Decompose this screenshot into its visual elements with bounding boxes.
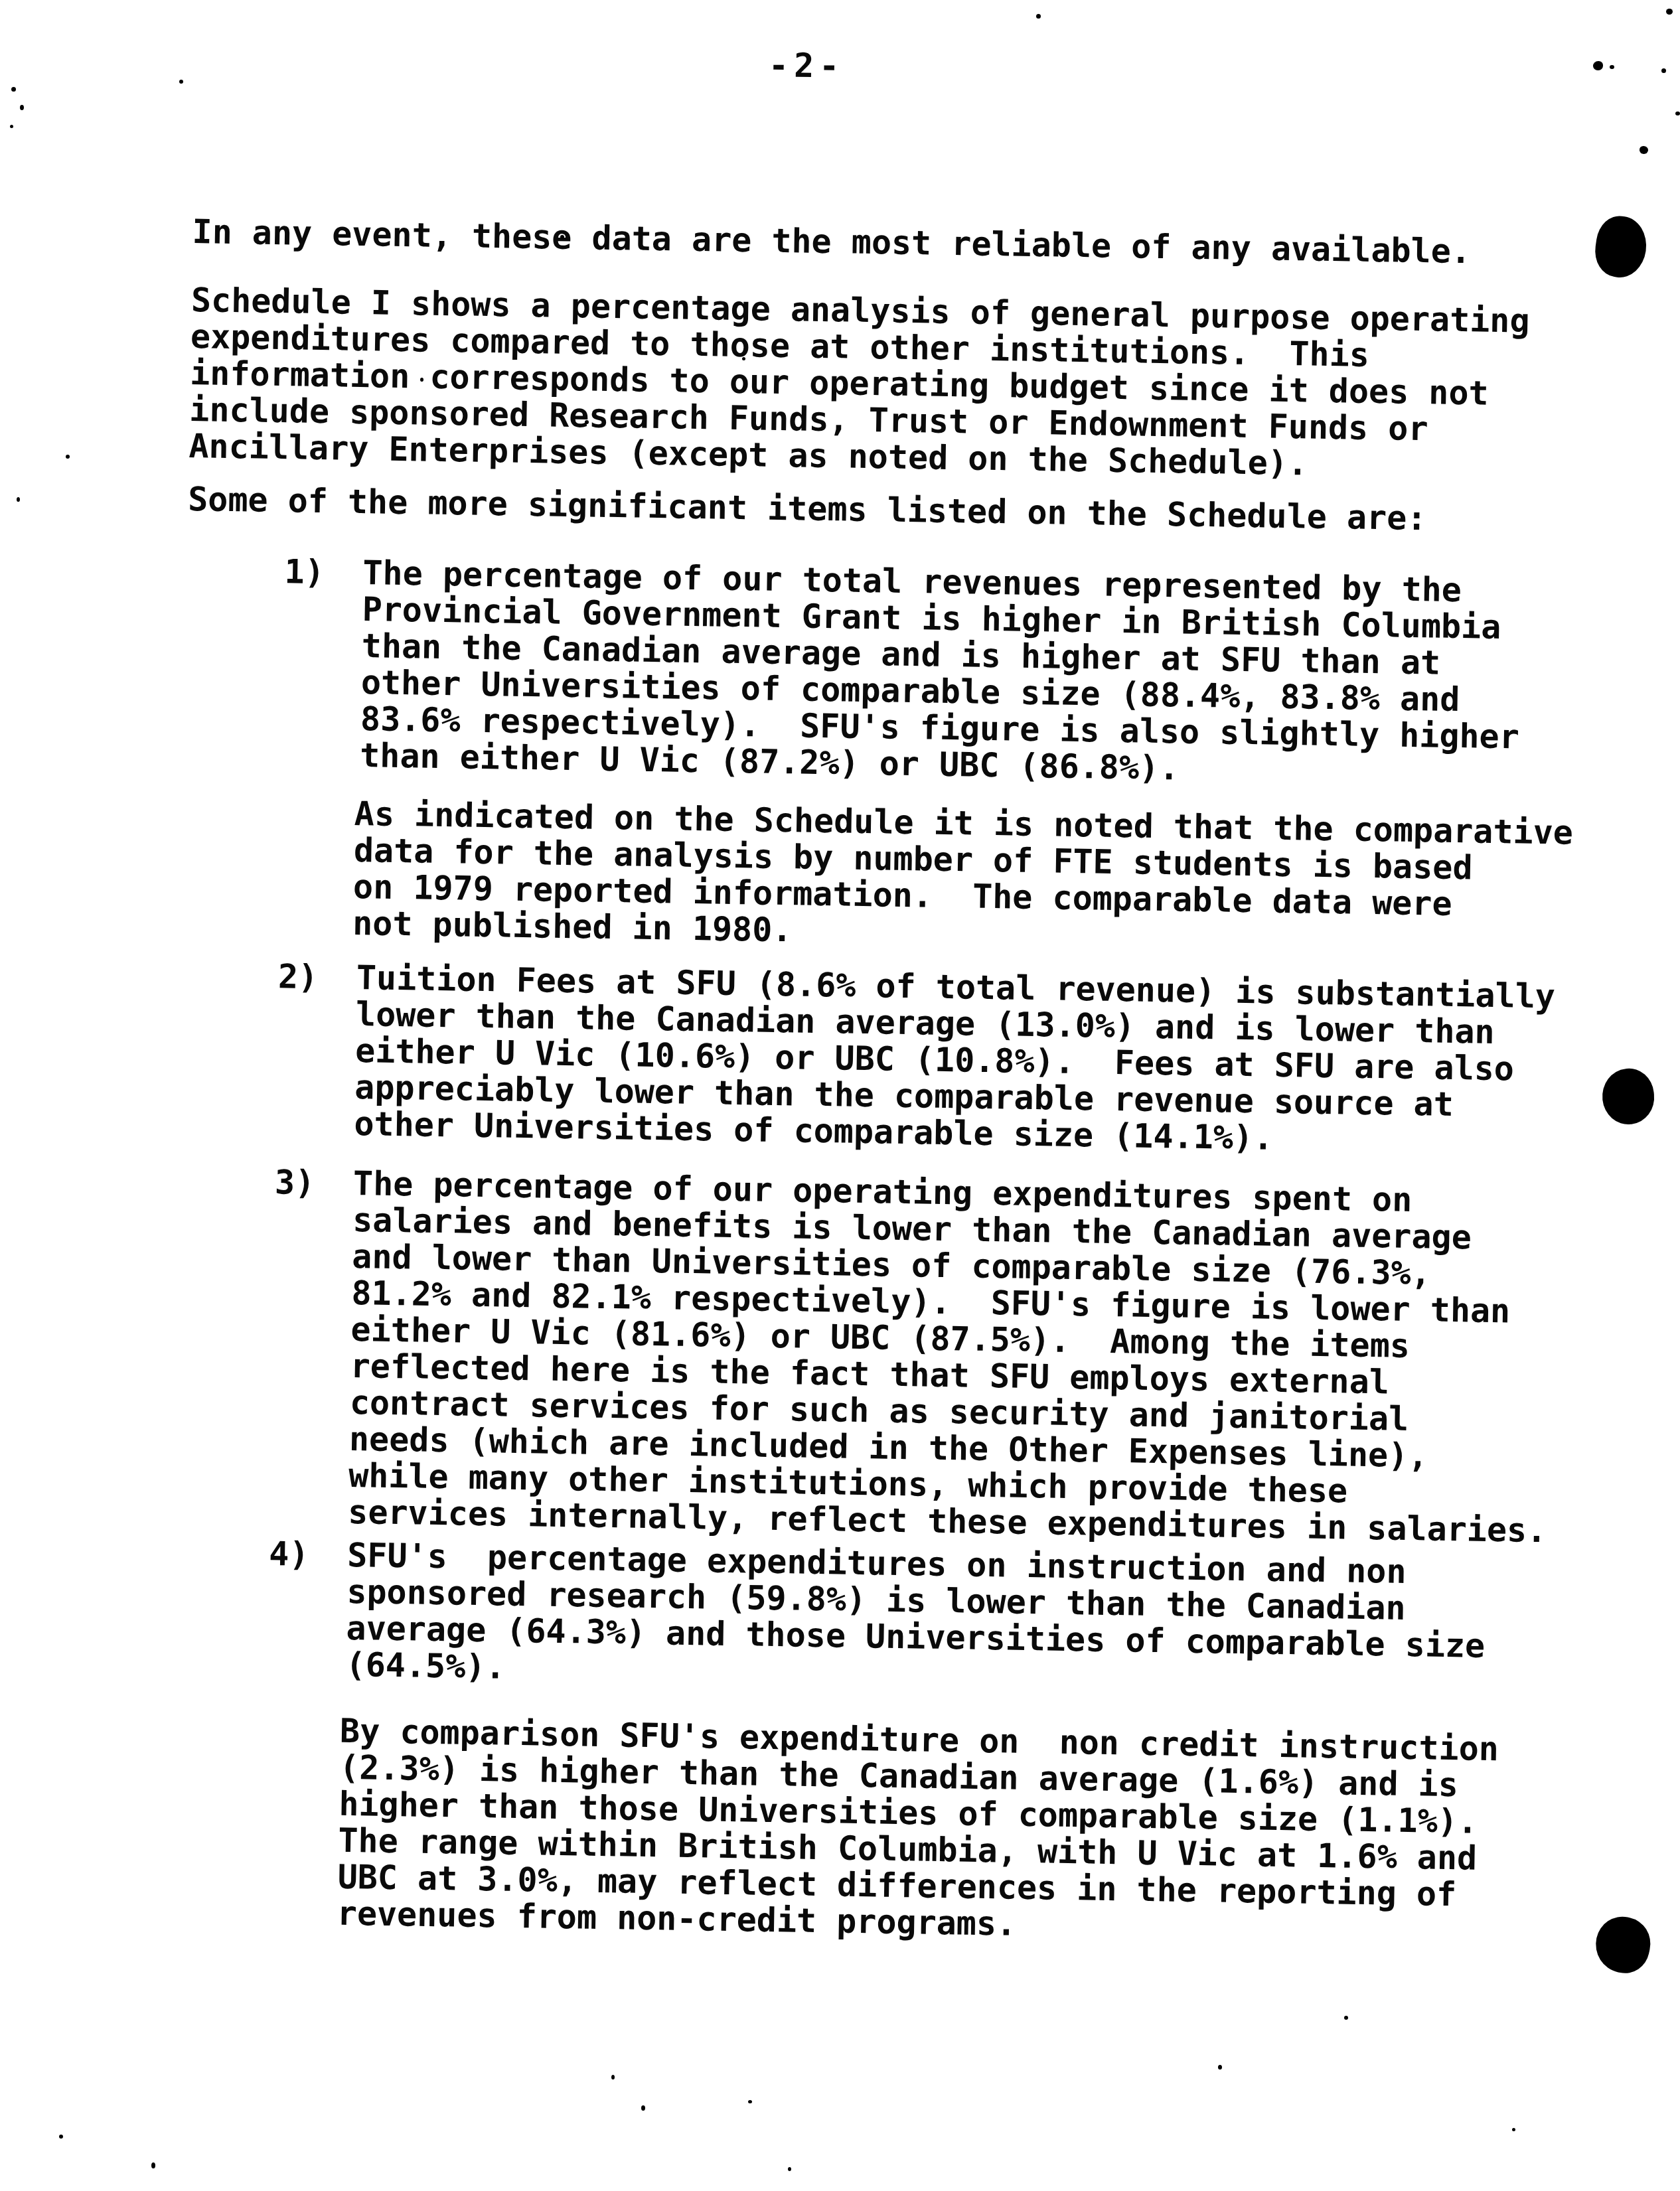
list-item-3-number: 3) [275,1164,315,1201]
list-item-4-text: SFU's percentage expenditures on instruc… [345,1537,1592,1702]
list-item-4: 4) SFU's percentage expenditures on inst… [169,1535,1592,1703]
list-item-3-text: The percentage of our operating expendit… [348,1166,1598,1550]
list-item-1-note: As indicated on the Schedule it is noted… [352,796,1609,962]
paragraph-schedule-overview: Schedule I shows a percentage analysis o… [189,282,1612,487]
list-item-1: 1) The percentage of our total revenues … [184,552,1608,794]
scanned-document-page: -2- In any event, these data are the mos… [0,0,1680,2191]
paragraph-list-intro: Some of the more significant items liste… [188,481,1609,540]
page-number: -2- [769,47,845,84]
list-item-2-text: Tuition Fees at SFU (8.6% of total reven… [354,960,1601,1162]
list-item-2-number: 2) [278,958,319,996]
ink-blot [1600,1066,1657,1127]
list-item-4-number: 4) [269,1536,309,1573]
list-item-1-text: The percentage of our total revenues rep… [360,555,1608,793]
list-item-1-number: 1) [284,554,325,591]
ink-blot [1590,1912,1655,1977]
list-item-3: 3) The percentage of our operating expen… [172,1163,1598,1550]
list-item-2: 2) Tuition Fees at SFU (8.6% of total re… [178,957,1601,1162]
paragraph-non-credit-comparison: By comparison SFU's expenditure on non c… [337,1713,1594,1952]
paragraph-intro: In any event, these data are the most re… [192,214,1613,273]
document-body: In any event, these data are the most re… [165,214,1613,2028]
